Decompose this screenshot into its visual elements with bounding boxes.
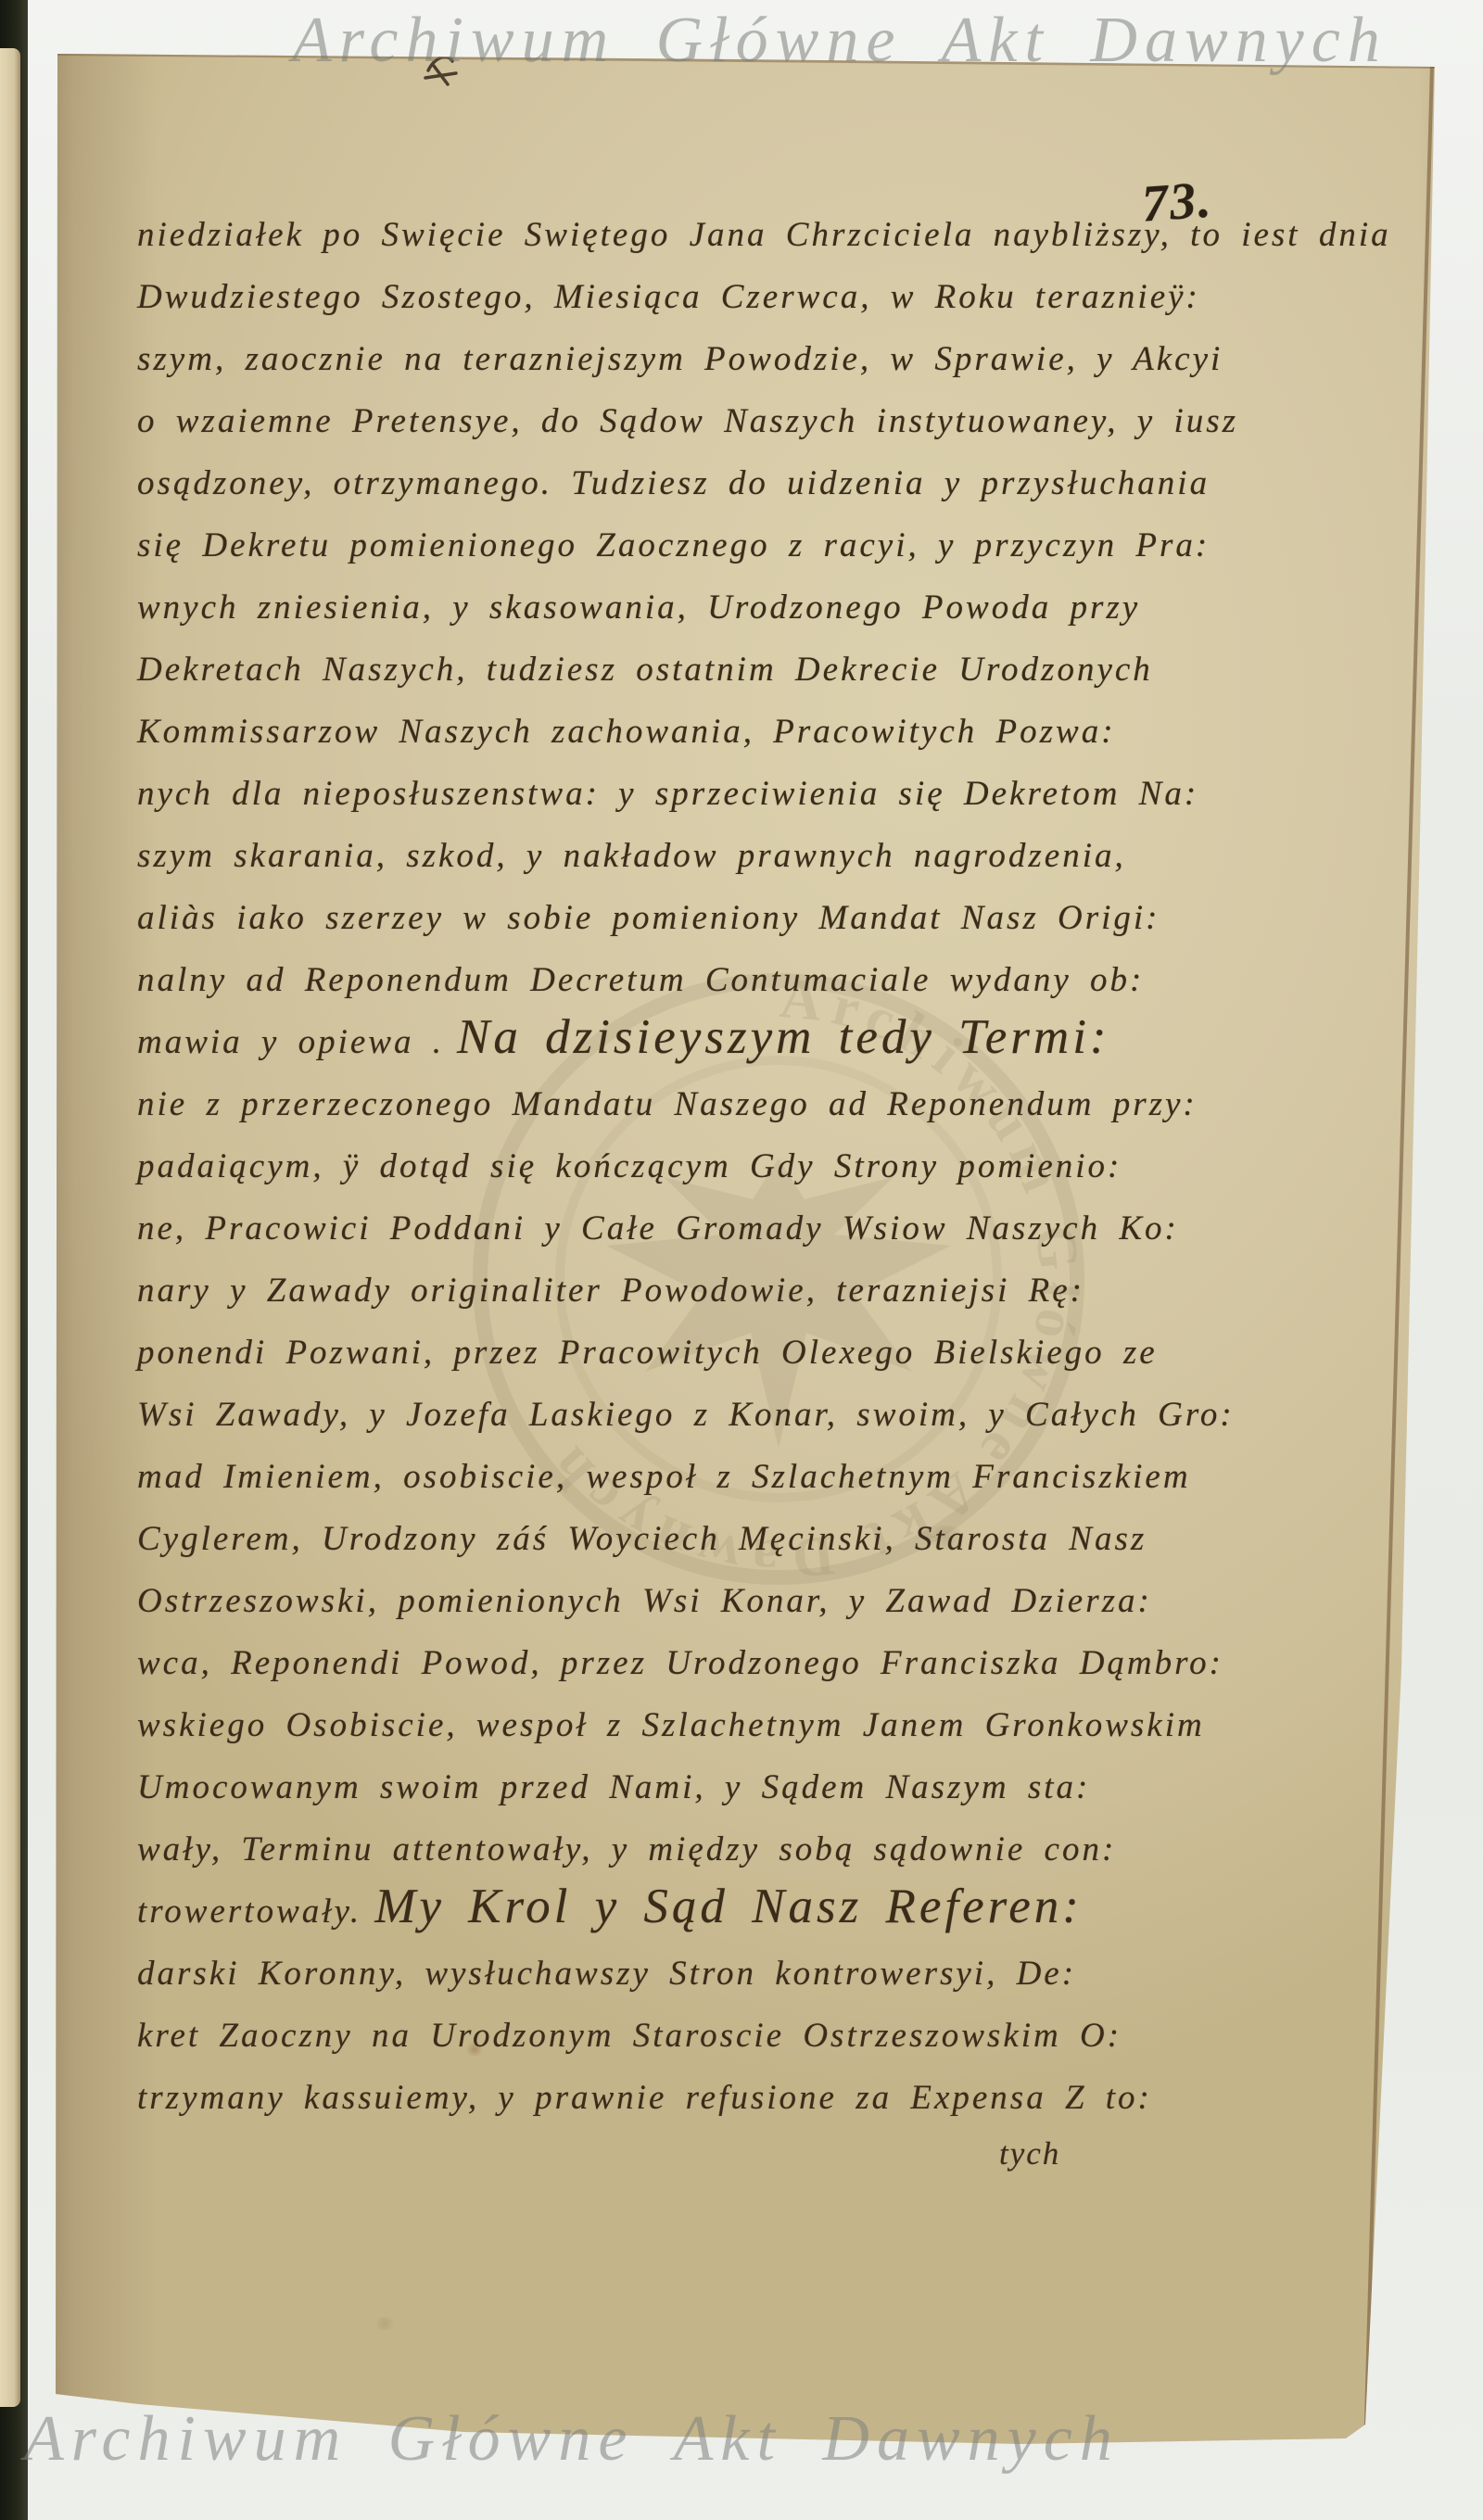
manuscript-line: darski Koronny, wysłuchawszy Stron kontr… bbox=[137, 1938, 1361, 2000]
manuscript-line: się Dekretu pomienionego Zaocznego z rac… bbox=[137, 510, 1361, 572]
manuscript-line: trzymany kassuiemy, y prawnie refusione … bbox=[137, 2062, 1361, 2124]
catchword: tych bbox=[137, 2124, 1361, 2184]
manuscript-line: wskiego Osobiscie, wespoł z Szlachetnym … bbox=[137, 1690, 1361, 1752]
manuscript-line: mad Imieniem, osobiscie, wespoł z Szlach… bbox=[137, 1441, 1361, 1503]
manuscript-line: Wsi Zawady, y Jozefa Laskiego z Konar, s… bbox=[137, 1379, 1361, 1441]
manuscript-line: Dwudziestego Szostego, Miesiąca Czerwca,… bbox=[137, 261, 1361, 323]
manuscript-line-text: szym skarania, szkod, y nakładow prawnyc… bbox=[137, 837, 1126, 875]
manuscript-line-text: szym, zaocznie na terazniejszym Powodzie… bbox=[137, 340, 1223, 378]
manuscript-line-text: nie z przerzeczonego Mandatu Naszego ad … bbox=[137, 1085, 1198, 1123]
manuscript-line-text: kret Zaoczny na Urodzonym Staroscie Ostr… bbox=[137, 2017, 1122, 2055]
manuscript-line-text: Ostrzeszowski, pomienionych Wsi Konar, y… bbox=[137, 1582, 1152, 1620]
manuscript-line-text: ne, Pracowici Poddani y Całe Gromady Wsi… bbox=[137, 1209, 1179, 1247]
page-right-edge bbox=[1364, 65, 1434, 2433]
manuscript-line-text: darski Koronny, wysłuchawszy Stron kontr… bbox=[137, 1955, 1076, 1993]
manuscript-line: Dekretach Naszych, tudziesz ostatnim Dek… bbox=[137, 634, 1361, 696]
manuscript-line-emphasis: Na dzisieyszym tedy Termi: bbox=[457, 1010, 1110, 1064]
manuscript-line: nalny ad Reponendum Decretum Contumacial… bbox=[137, 944, 1361, 1007]
manuscript-line-text: osądzoney, otrzymanego. Tudziesz do uidz… bbox=[137, 464, 1210, 502]
manuscript-line: nary y Zawady originaliter Powodowie, te… bbox=[137, 1255, 1361, 1317]
manuscript-line: ponendi Pozwani, przez Pracowitych Olexe… bbox=[137, 1317, 1361, 1379]
manuscript-line-text: wnych zniesienia, y skasowania, Urodzone… bbox=[137, 589, 1140, 627]
manuscript-line-text: trowertowały. bbox=[137, 1893, 361, 1931]
manuscript-line: trowertowały.My Krol y Sąd Nasz Referen: bbox=[137, 1876, 1361, 1938]
manuscript-line-text: Dekretach Naszych, tudziesz ostatnim Dek… bbox=[137, 651, 1153, 689]
manuscript-line-text: Cyglerem, Urodzony záś Woyciech Męcinski… bbox=[137, 1520, 1147, 1558]
manuscript-line: padaiącym, ÿ dotąd się kończącym Gdy Str… bbox=[137, 1131, 1361, 1193]
manuscript-line: Ostrzeszowski, pomienionych Wsi Konar, y… bbox=[137, 1565, 1361, 1627]
manuscript-page: Archiwum Główne Akt Dawnych 73. niedział… bbox=[0, 0, 1483, 2520]
manuscript-line: mawia y opiewa .Na dzisieyszym tedy Term… bbox=[137, 1007, 1361, 1069]
manuscript-line: wca, Reponendi Powod, przez Urodzonego F… bbox=[137, 1627, 1361, 1690]
manuscript-line-text: mad Imieniem, osobiscie, wespoł z Szlach… bbox=[137, 1458, 1191, 1496]
manuscript-line: ne, Pracowici Poddani y Całe Gromady Wsi… bbox=[137, 1193, 1361, 1255]
manuscript-line-emphasis: My Krol y Sąd Nasz Referen: bbox=[374, 1880, 1083, 1933]
manuscript-line-text: Dwudziestego Szostego, Miesiąca Czerwca,… bbox=[137, 278, 1200, 316]
manuscript-line-text: niedziałek po Swięcie Swiętego Jana Chrz… bbox=[137, 216, 1391, 254]
manuscript-line-text: padaiącym, ÿ dotąd się kończącym Gdy Str… bbox=[137, 1147, 1122, 1185]
manuscript-line-text: nalny ad Reponendum Decretum Contumacial… bbox=[137, 961, 1144, 999]
manuscript-line-text: o wzaiemne Pretensye, do Sądow Naszych i… bbox=[137, 402, 1238, 440]
manuscript-line-text: trzymany kassuiemy, y prawnie refusione … bbox=[137, 2079, 1152, 2117]
manuscript-line-text: wca, Reponendi Powod, przez Urodzonego F… bbox=[137, 1644, 1223, 1682]
manuscript-line-text: mawia y opiewa . bbox=[137, 1023, 444, 1061]
manuscript-line-text: wały, Terminu attentowały, y między sobą… bbox=[137, 1830, 1116, 1868]
manuscript-line: osądzoney, otrzymanego. Tudziesz do uidz… bbox=[137, 448, 1361, 510]
manuscript-line: aliàs iako szerzey w sobie pomieniony Ma… bbox=[137, 882, 1361, 944]
manuscript-line: Cyglerem, Urodzony záś Woyciech Męcinski… bbox=[137, 1503, 1361, 1565]
manuscript-line: wnych zniesienia, y skasowania, Urodzone… bbox=[137, 572, 1361, 634]
scanned-manuscript-page: Archiwum Główne Akt Dawnych 73. niedział… bbox=[0, 0, 1483, 2520]
manuscript-line: niedziałek po Swięcie Swiętego Jana Chrz… bbox=[137, 199, 1361, 261]
manuscript-line: Umocowanym swoim przed Nami, y Sądem Nas… bbox=[137, 1752, 1361, 1814]
manuscript-line-text: Umocowanym swoim przed Nami, y Sądem Nas… bbox=[137, 1768, 1090, 1806]
manuscript-line-text: ponendi Pozwani, przez Pracowitych Olexe… bbox=[137, 1334, 1158, 1372]
manuscript-line-text: nary y Zawady originaliter Powodowie, te… bbox=[137, 1272, 1084, 1310]
manuscript-line-text: Kommissarzow Naszych zachowania, Pracowi… bbox=[137, 713, 1116, 751]
manuscript-line: szym skarania, szkod, y nakładow prawnyc… bbox=[137, 820, 1361, 882]
previous-page-edge bbox=[0, 48, 20, 2407]
manuscript-line: Kommissarzow Naszych zachowania, Pracowi… bbox=[137, 696, 1361, 758]
manuscript-line-text: wskiego Osobiscie, wespoł z Szlachetnym … bbox=[137, 1706, 1205, 1744]
manuscript-line-text: aliàs iako szerzey w sobie pomieniony Ma… bbox=[137, 899, 1160, 937]
manuscript-line: kret Zaoczny na Urodzonym Staroscie Ostr… bbox=[137, 2000, 1361, 2062]
manuscript-line: nie z przerzeczonego Mandatu Naszego ad … bbox=[137, 1069, 1361, 1131]
manuscript-text-block: niedziałek po Swięcie Swiętego Jana Chrz… bbox=[137, 199, 1361, 2184]
manuscript-line: szym, zaocznie na terazniejszym Powodzie… bbox=[137, 323, 1361, 386]
manuscript-line: wały, Terminu attentowały, y między sobą… bbox=[137, 1814, 1361, 1876]
manuscript-line-text: nych dla nieposłuszenstwa: y sprzeciwien… bbox=[137, 775, 1198, 813]
manuscript-line: o wzaiemne Pretensye, do Sądow Naszych i… bbox=[137, 386, 1361, 448]
manuscript-line: nych dla nieposłuszenstwa: y sprzeciwien… bbox=[137, 758, 1361, 820]
manuscript-line-text: Wsi Zawady, y Jozefa Laskiego z Konar, s… bbox=[137, 1396, 1235, 1434]
archive-watermark-bottom: Archiwum Główne Akt Dawnych bbox=[24, 2402, 1120, 2476]
foxing-spot bbox=[373, 2317, 397, 2330]
archive-watermark-top: Archiwum Główne Akt Dawnych bbox=[292, 4, 1388, 78]
manuscript-line-text: się Dekretu pomienionego Zaocznego z rac… bbox=[137, 526, 1210, 564]
